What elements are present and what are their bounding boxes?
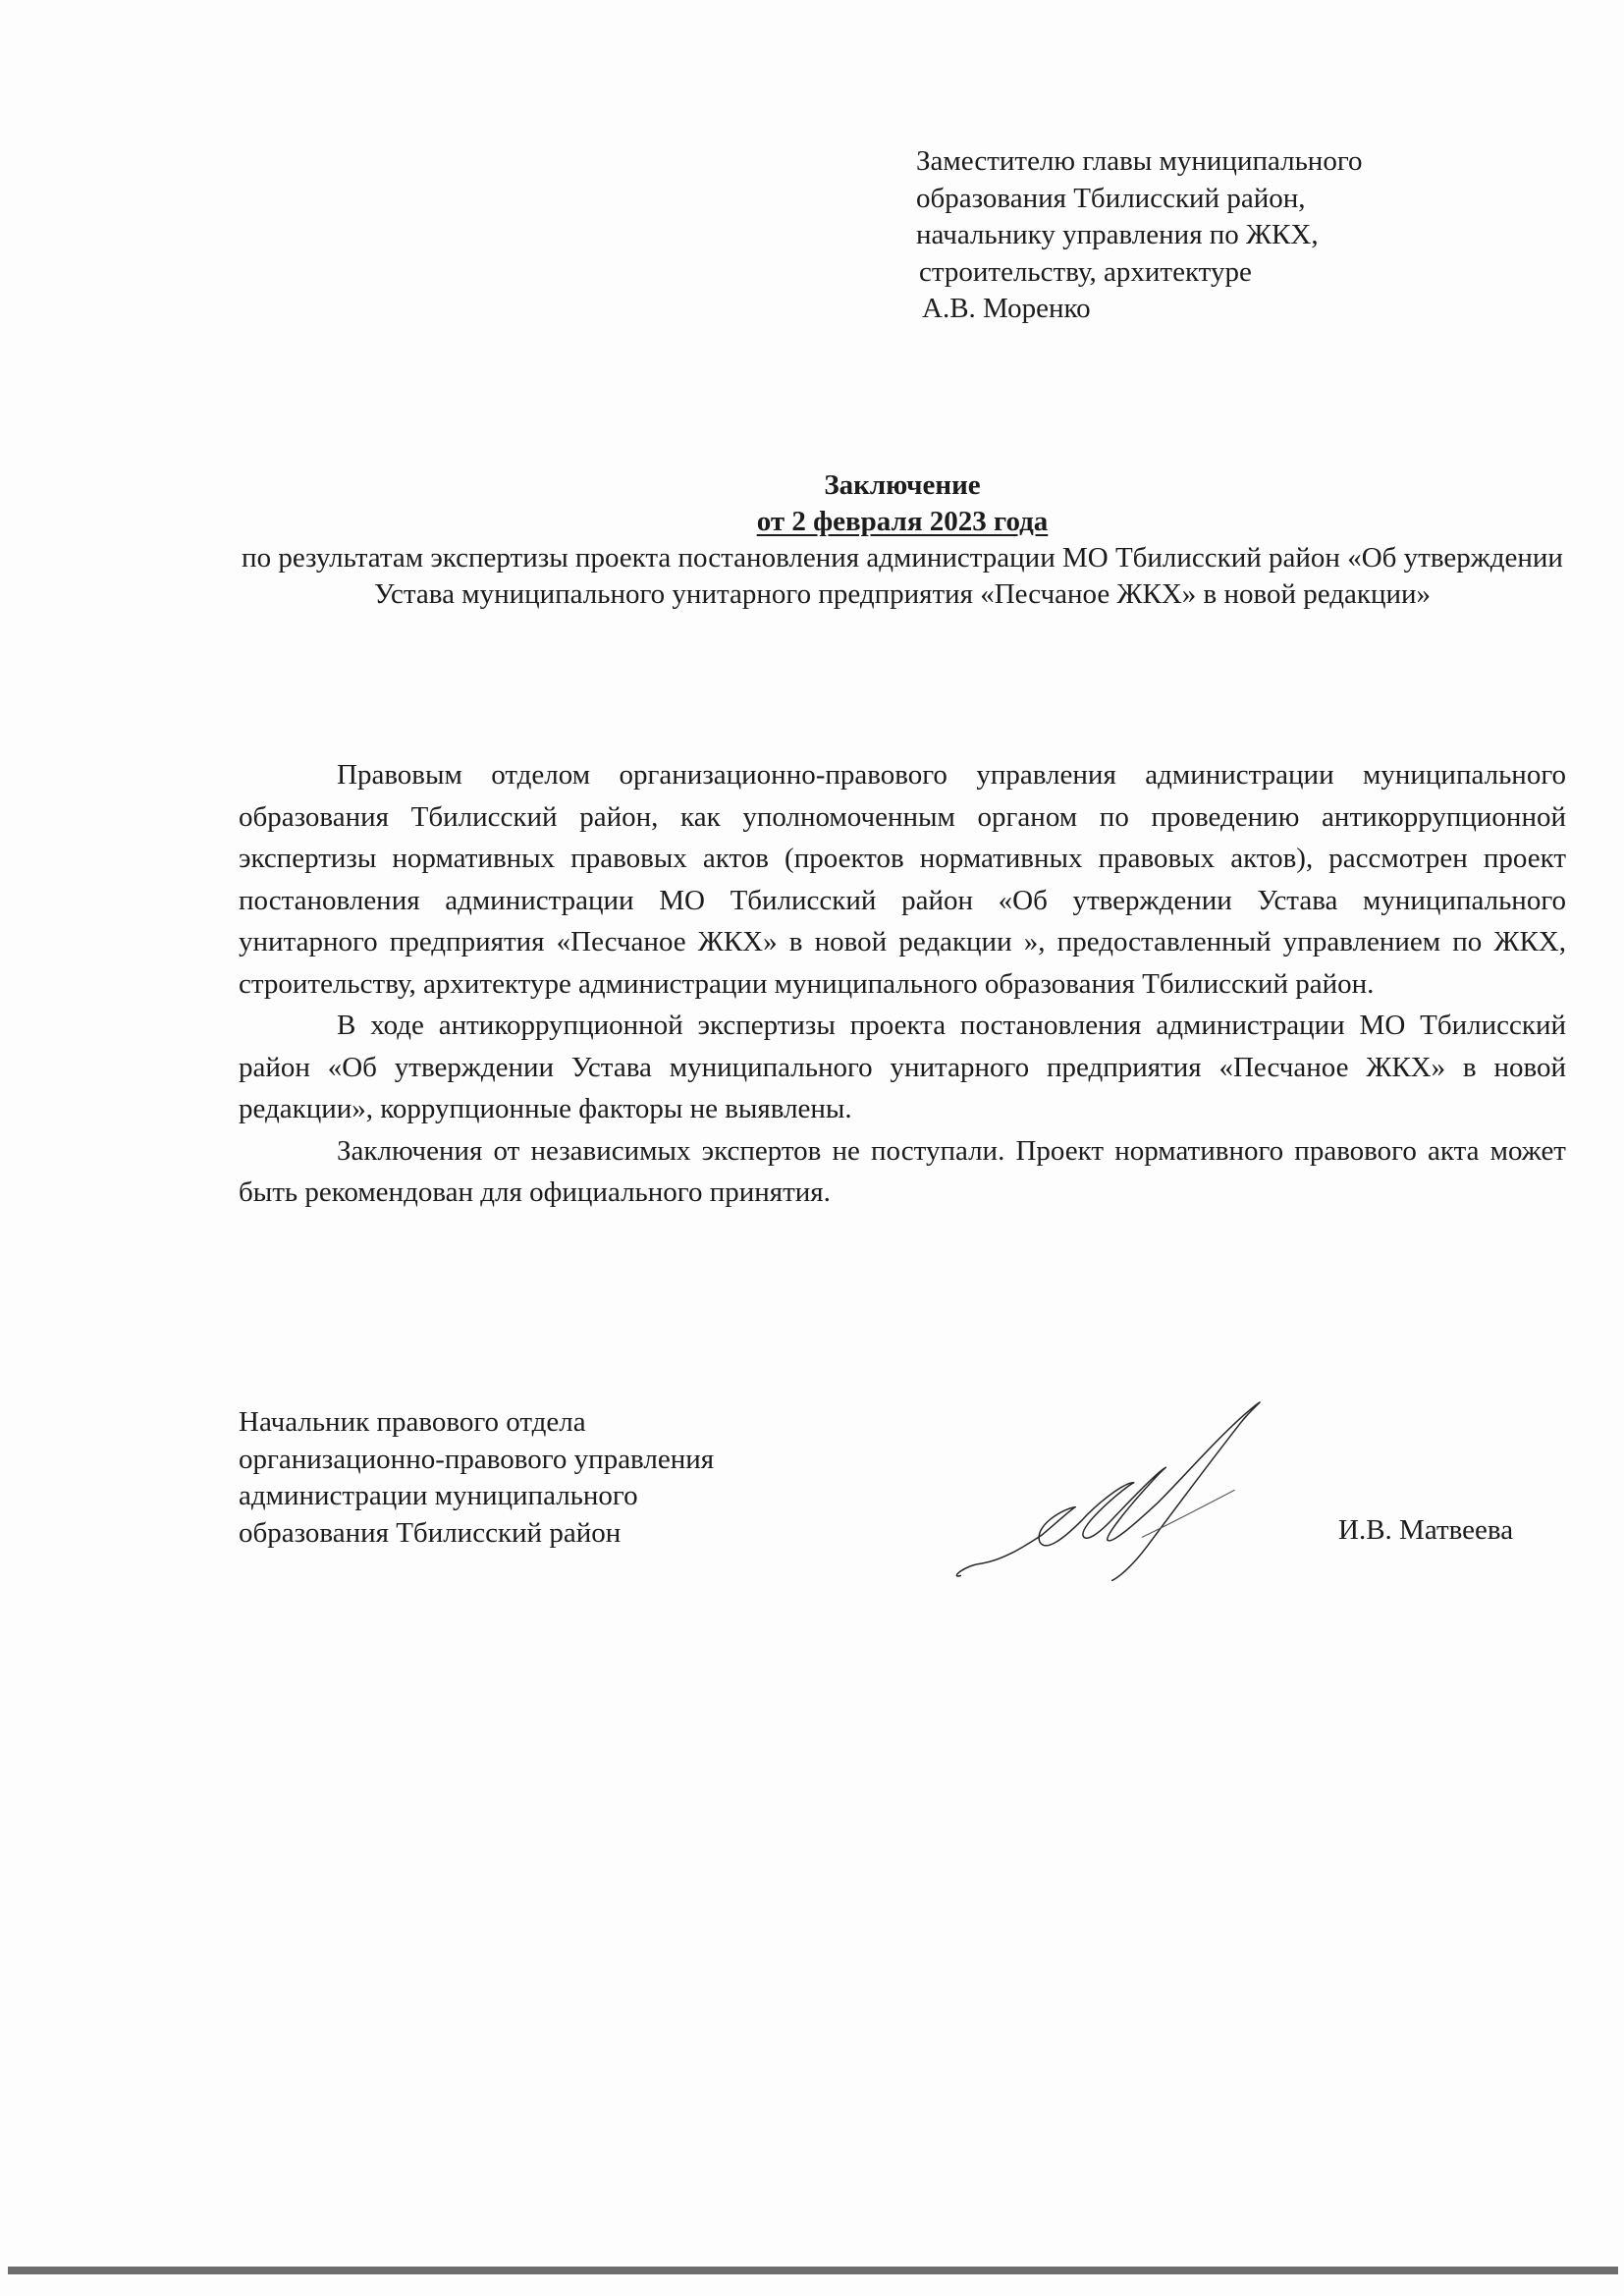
- signatory-position-line: администрации муниципального: [239, 1478, 714, 1515]
- document-date: от 2 февраля 2023 года: [757, 504, 1049, 540]
- document-title-block: Заключение от 2 февраля 2023 года по рез…: [239, 467, 1566, 613]
- addressee-line: образования Тбилисский район,: [916, 181, 1363, 218]
- addressee-block: Заместителю главы муниципального образов…: [916, 143, 1363, 328]
- signatory-position-line: образования Тбилисский район: [239, 1515, 714, 1553]
- document-title: Заключение: [239, 467, 1566, 504]
- addressee-line: Заместителю главы муниципального: [916, 143, 1363, 181]
- body-paragraph: Правовым отделом организационно-правовог…: [239, 754, 1566, 1005]
- document-body: Правовым отделом организационно-правовог…: [239, 754, 1566, 1214]
- addressee-line: начальнику управления по ЖКХ,: [916, 217, 1363, 254]
- handwritten-signature-icon: [938, 1385, 1272, 1611]
- document-subtitle: по результатам экспертизы проекта постан…: [239, 540, 1566, 613]
- signatory-name: И.В. Матвеева: [1338, 1514, 1513, 1547]
- scan-bottom-edge: [8, 2267, 1618, 2274]
- signatory-position: Начальник правового отдела организационн…: [239, 1404, 714, 1552]
- addressee-name: А.В. Моренко: [916, 291, 1363, 328]
- addressee-line: строительству, архитектуре: [916, 254, 1363, 292]
- signatory-position-line: Начальник правового отдела: [239, 1404, 714, 1442]
- body-paragraph: Заключения от независимых экспертов не п…: [239, 1130, 1566, 1214]
- signatory-position-line: организационно-правового управления: [239, 1442, 714, 1479]
- document-page: Заместителю главы муниципального образов…: [0, 0, 1624, 2296]
- body-paragraph: В ходе антикоррупционной экспертизы прое…: [239, 1005, 1566, 1130]
